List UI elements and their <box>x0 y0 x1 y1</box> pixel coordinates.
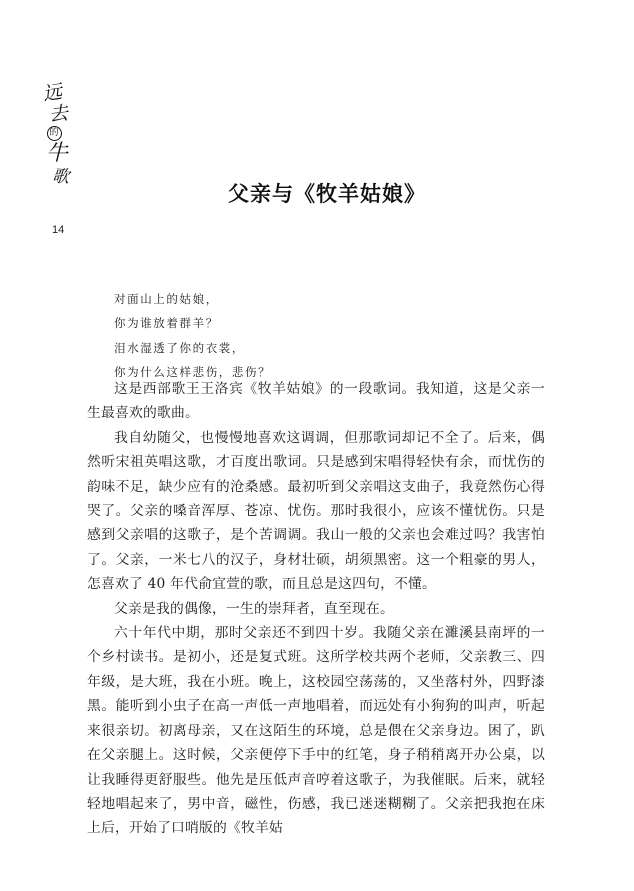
logo-char-circled: 的 <box>47 126 62 141</box>
book-series-logo: 远 去 的 牛 歌 <box>36 84 76 186</box>
logo-char: 去 <box>49 104 70 125</box>
chapter-title: 父亲与《牧羊姑娘》 <box>228 178 426 208</box>
page-number: 14 <box>52 224 64 236</box>
body-text: 这是西部歌王王洛宾《牧羊姑娘》的一段歌词。我知道，这是父亲一生最喜欢的歌曲。 我… <box>87 377 545 841</box>
logo-char: 远 <box>42 83 63 104</box>
poem-block: 对面山上的姑娘， 你为谁放着群羊？ 泪水湿透了你的衣裳， 你为什么这样悲伤，悲伤… <box>114 287 271 384</box>
poem-line: 对面山上的姑娘， <box>114 287 271 311</box>
paragraph: 我自幼随父，也慢慢地喜欢这调调，但那歌词却记不全了。后来，偶然听宋祖英唱这歌，才… <box>87 426 545 597</box>
poem-line: 泪水湿透了你的衣裳， <box>114 336 271 360</box>
paragraph: 六十年代中期，那时父亲还不到四十岁。我随父亲在濉溪县南坪的一个乡村读书。是初小，… <box>87 621 545 841</box>
poem-line: 你为谁放着群羊？ <box>114 311 271 335</box>
chapter-title-container: 父亲与《牧羊姑娘》 <box>0 178 634 208</box>
logo-char: 牛 <box>46 143 68 165</box>
paragraph: 父亲是我的偶像，一生的崇拜者，直至现在。 <box>87 597 545 621</box>
paragraph: 这是西部歌王王洛宾《牧羊姑娘》的一段歌词。我知道，这是父亲一生最喜欢的歌曲。 <box>87 377 545 426</box>
